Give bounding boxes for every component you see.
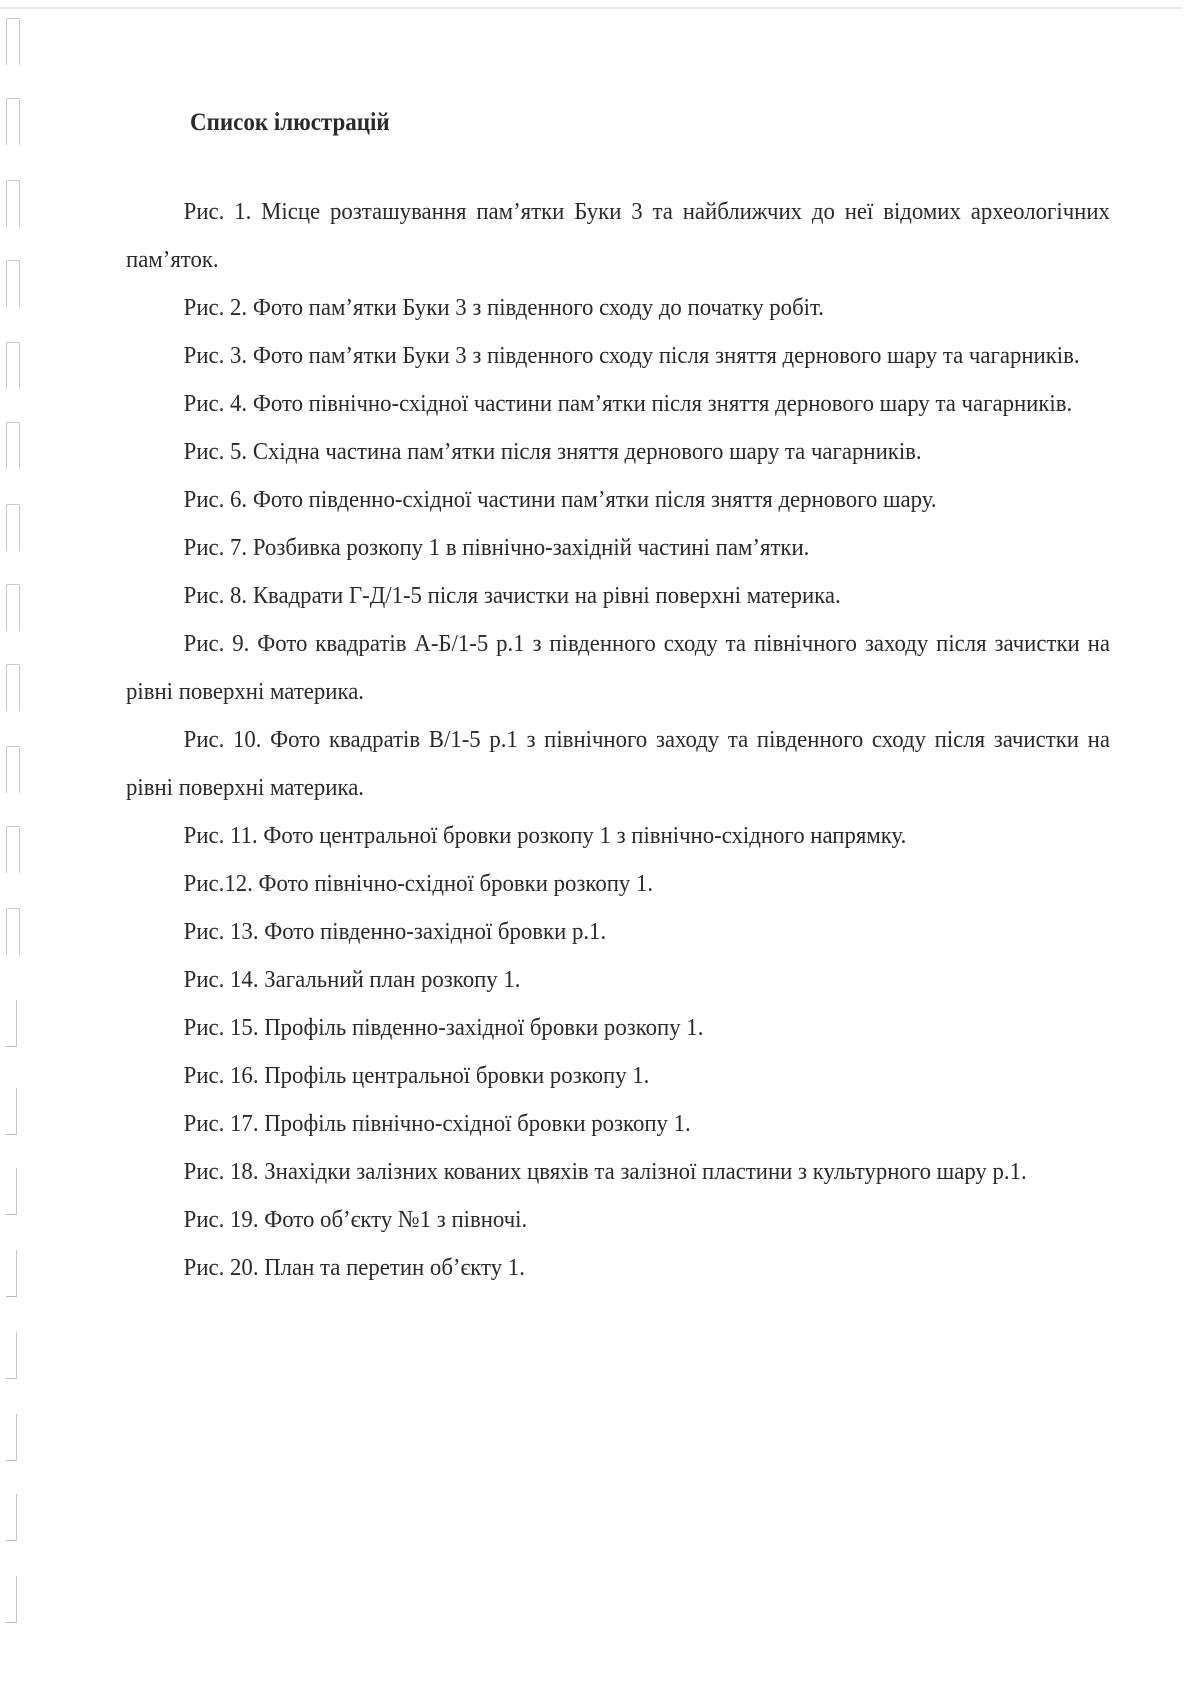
list-item: Рис. 2. Фото пам’ятки Буки 3 з південног…	[126, 284, 1110, 332]
binding-mark-icon	[6, 1000, 17, 1047]
binding-mark-icon	[6, 1088, 17, 1135]
list-item: Рис. 1. Місце розташування пам’ятки Буки…	[126, 188, 1110, 284]
binding-mark-icon	[6, 504, 20, 551]
list-item: Рис. 13. Фото південно-західної бровки р…	[126, 908, 1110, 956]
list-item: Рис. 20. План та перетин об’єкту 1.	[126, 1244, 1110, 1292]
list-item: Рис. 10. Фото квадратів В/1-5 р.1 з півн…	[126, 716, 1110, 812]
binding-mark-icon	[6, 746, 20, 793]
list-item: Рис. 18. Знахідки залізних кованих цвяхі…	[126, 1148, 1110, 1196]
list-item: Рис. 16. Профіль центральної бровки розк…	[126, 1052, 1110, 1100]
list-item: Рис. 6. Фото південно-східної частини па…	[126, 476, 1110, 524]
binding-mark-icon	[6, 1576, 17, 1623]
binding-mark-icon	[6, 180, 20, 227]
binding-mark-icon	[6, 1414, 17, 1461]
binding-mark-icon	[6, 664, 20, 711]
binding-mark-icon	[6, 98, 20, 145]
list-item: Рис. 5. Східна частина пам’ятки після зн…	[126, 428, 1110, 476]
page-top-edge	[0, 7, 1182, 9]
illustration-list: Рис. 1. Місце розташування пам’ятки Буки…	[126, 188, 1101, 1292]
binding-mark-icon	[6, 342, 20, 389]
list-item: Рис. 15. Профіль південно-західної бровк…	[126, 1004, 1110, 1052]
binding-mark-icon	[6, 584, 20, 631]
binding-mark-icon	[6, 422, 20, 469]
list-item: Рис. 3. Фото пам’ятки Буки 3 з південног…	[126, 332, 1110, 380]
list-item: Рис.12. Фото північно-східної бровки роз…	[126, 860, 1110, 908]
binding-mark-icon	[6, 1494, 17, 1541]
binding-mark-icon	[6, 826, 20, 873]
list-item: Рис. 19. Фото об’єкту №1 з півночі.	[126, 1196, 1110, 1244]
binding-mark-icon	[6, 260, 20, 307]
list-item: Рис. 9. Фото квадратів А-Б/1-5 р.1 з пів…	[126, 620, 1110, 716]
list-item: Рис. 17. Профіль північно-східної бровки…	[126, 1100, 1110, 1148]
page-title: Список ілюстрацій	[190, 109, 390, 137]
list-item: Рис. 14. Загальний план розкопу 1.	[126, 956, 1110, 1004]
binding-mark-icon	[6, 908, 20, 955]
binding-mark-icon	[6, 1250, 17, 1297]
binding-mark-icon	[6, 18, 20, 65]
list-item: Рис. 8. Квадрати Г-Д/1-5 після зачистки …	[126, 572, 1110, 620]
binding-mark-icon	[6, 1168, 17, 1215]
binding-mark-icon	[6, 1332, 17, 1379]
list-item: Рис. 4. Фото північно-східної частини па…	[126, 380, 1110, 428]
list-item: Рис. 7. Розбивка розкопу 1 в північно-за…	[126, 524, 1110, 572]
list-item: Рис. 11. Фото центральної бровки розкопу…	[126, 812, 1110, 860]
